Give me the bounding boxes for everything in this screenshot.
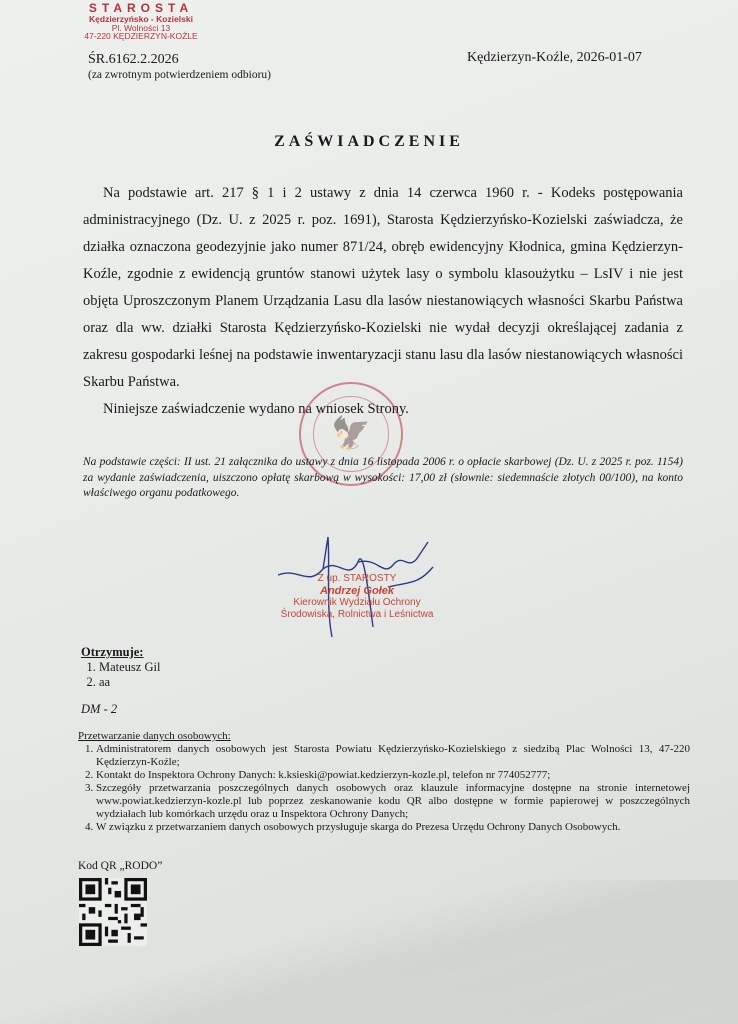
- qr-code-icon: [79, 878, 147, 946]
- signature-authority: Z up. STAROSTY: [272, 573, 442, 585]
- recipient-item: Mateusz Gil: [99, 660, 160, 675]
- stamp-duty-note: Na podstawie części: II ust. 21 załączni…: [83, 455, 683, 502]
- eagle-emblem-icon: 🦅: [301, 414, 401, 452]
- gdpr-heading: Przetwarzanie danych osobowych:: [78, 730, 690, 743]
- stamp-line-4: 47-220 KĘDZIERZYN-KOŹLE: [66, 32, 216, 41]
- document-title: ZAŚWIADCZENIE: [0, 133, 738, 151]
- body-paragraph-1: Na podstawie art. 217 § 1 i 2 ustawy z d…: [83, 180, 683, 396]
- qr-label: Kod QR „RODO”: [78, 860, 162, 872]
- signatory-title-1: Kierownik Wydziału Ochrony: [272, 597, 442, 609]
- gdpr-item: Kontakt do Inspektora Ochrony Danych: k.…: [96, 769, 690, 782]
- stamp-line-1: STAROSTA: [66, 2, 216, 15]
- gdpr-block: Przetwarzanie danych osobowych: Administ…: [78, 730, 690, 834]
- office-stamp: STAROSTA Kędzierzyńsko - Kozielski Pl. W…: [66, 2, 216, 41]
- gdpr-item: Administratorem danych osobowych jest St…: [96, 743, 690, 769]
- signatory-name: Andrzej Gołek: [272, 585, 442, 597]
- gdpr-item: Szczegóły przetwarzania poszczególnych d…: [96, 782, 690, 821]
- document-body: Na podstawie art. 217 § 1 i 2 ustawy z d…: [83, 180, 683, 423]
- delivery-note: (za zwrotnym potwierdzeniem odbioru): [88, 69, 271, 81]
- signatory-title-2: Środowiska, Rolnictwa i Leśnictwa: [272, 609, 442, 621]
- signature-block: Z up. STAROSTY Andrzej Gołek Kierownik W…: [272, 573, 442, 621]
- recipients-heading: Otrzymuje:: [81, 645, 160, 660]
- place-date: Kędzierzyn-Koźle, 2026-01-07: [467, 50, 642, 66]
- reference-number: ŚR.6162.2.2026: [88, 52, 179, 67]
- recipients-block: Otrzymuje: Mateusz Gil aa: [81, 645, 160, 690]
- recipient-item: aa: [99, 675, 160, 690]
- dm-code: DM - 2: [81, 702, 117, 717]
- reference-block: ŚR.6162.2.2026 (za zwrotnym potwierdzeni…: [88, 52, 271, 81]
- gdpr-item: W związku z przetwarzaniem danych osobow…: [96, 821, 690, 834]
